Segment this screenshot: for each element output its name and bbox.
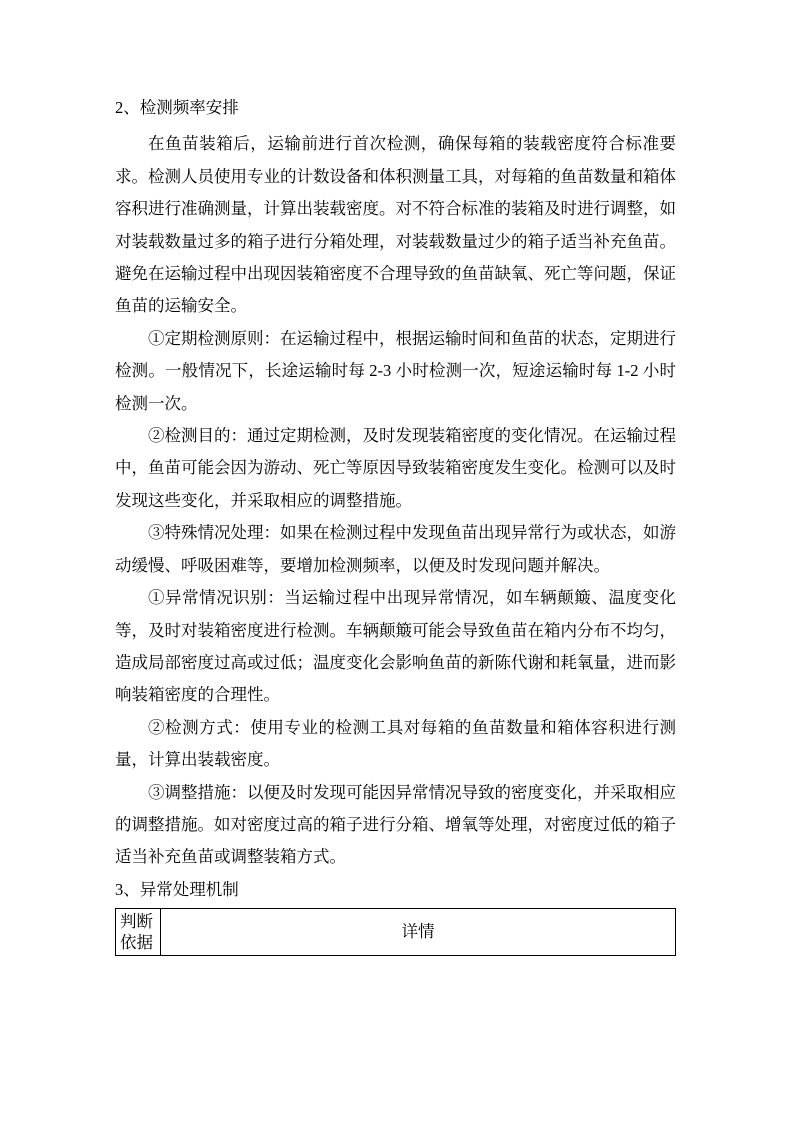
judgment-table: 判断依据 详情: [115, 908, 676, 956]
body-paragraph-adjustment-measures: ③调整措施：以便及时发现可能因异常情况导致的密度变化，并采取相应的调整措施。如对…: [115, 777, 676, 874]
body-paragraph-intro: 在鱼苗装箱后，运输前进行首次检测，确保每箱的装载密度符合标准要求。检测人员使用专…: [115, 128, 676, 322]
section-heading-detection-frequency: 2、检测频率安排: [115, 92, 676, 124]
body-paragraph-periodic-principle: ①定期检测原则：在运输过程中，根据运输时间和鱼苗的状态，定期进行检测。一般情况下…: [115, 323, 676, 420]
document-page: 2、检测频率安排 在鱼苗装箱后，运输前进行首次检测，确保每箱的装载密度符合标准要…: [115, 92, 676, 956]
table-header-judgment-basis: 判断依据: [116, 909, 161, 956]
section-heading-exception-handling: 3、异常处理机制: [115, 874, 676, 906]
body-paragraph-detection-purpose: ②检测目的：通过定期检测，及时发现装箱密度的变化情况。在运输过程中，鱼苗可能会因…: [115, 420, 676, 517]
table-header-details: 详情: [161, 909, 676, 956]
body-paragraph-detection-method: ②检测方式：使用专业的检测工具对每箱的鱼苗数量和箱体容积进行测量，计算出装载密度…: [115, 712, 676, 777]
body-paragraph-special-cases: ③特殊情况处理：如果在检测过程中发现鱼苗出现异常行为或状态，如游动缓慢、呼吸困难…: [115, 517, 676, 582]
body-paragraph-abnormal-identification: ①异常情况识别：当运输过程中出现异常情况，如车辆颠簸、温度变化等，及时对装箱密度…: [115, 582, 676, 712]
table-header-row: 判断依据 详情: [116, 909, 676, 956]
